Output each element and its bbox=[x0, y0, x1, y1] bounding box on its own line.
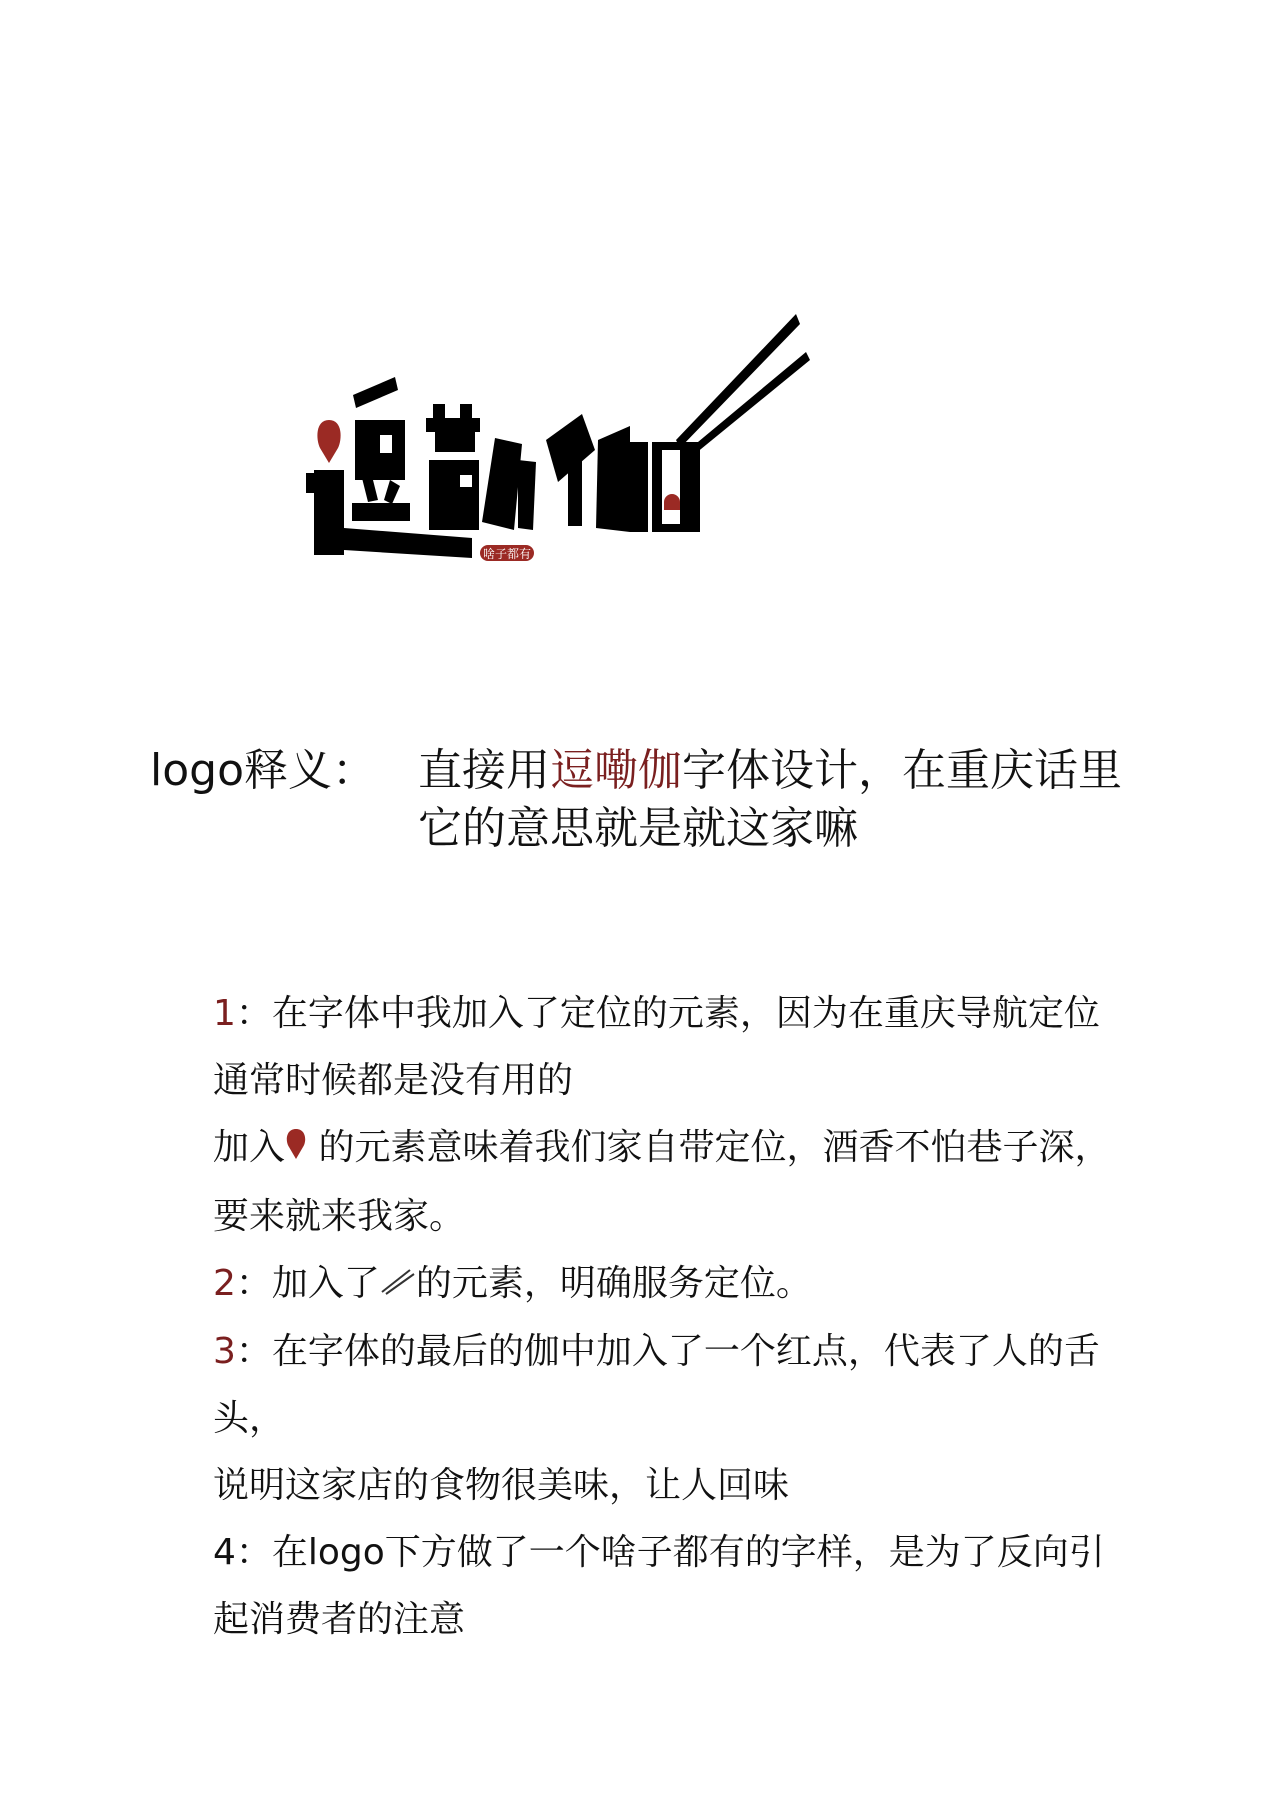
red-dot-tongue-icon bbox=[664, 494, 680, 510]
logo-artwork: 啥子都有 bbox=[300, 300, 1120, 580]
location-pin-icon bbox=[285, 1116, 307, 1183]
svg-text:啥子都有: 啥子都有 bbox=[483, 546, 531, 561]
point-1-continued: 加入 的元素意味着我们家自带定位，酒香不怕巷子深，要来就来我家。 bbox=[213, 1114, 1133, 1250]
point-1: 1：在字体中我加入了定位的元素，因为在重庆导航定位通常时候都是没有用的 bbox=[213, 980, 1133, 1114]
point-3-continued: 说明这家店的食物很美味，让人回味 bbox=[213, 1452, 1133, 1519]
caption-description: 直接用逗嘞伽字体设计，在重庆话里它的意思就是就这家嘛 bbox=[418, 742, 1158, 858]
point-3: 3：在字体的最后的伽中加入了一个红点，代表了人的舌头， bbox=[213, 1318, 1133, 1452]
chopsticks-icon bbox=[380, 1251, 416, 1318]
point-4: 4：在logo下方做了一个啥子都有的字样，是为了反向引起消费者的注意 bbox=[213, 1519, 1133, 1653]
point-2: 2：加入了的元素，明确服务定位。 bbox=[213, 1250, 1133, 1319]
brand-name-highlight: 逗嘞伽 bbox=[550, 745, 682, 796]
location-pin-icon bbox=[317, 420, 340, 463]
design-points: 1：在字体中我加入了定位的元素，因为在重庆导航定位通常时候都是没有用的 加入 的… bbox=[213, 980, 1133, 1653]
logo: 啥子都有 bbox=[300, 300, 1120, 580]
chopsticks-icon bbox=[676, 314, 810, 458]
caption-label: logo释义： bbox=[150, 742, 376, 800]
